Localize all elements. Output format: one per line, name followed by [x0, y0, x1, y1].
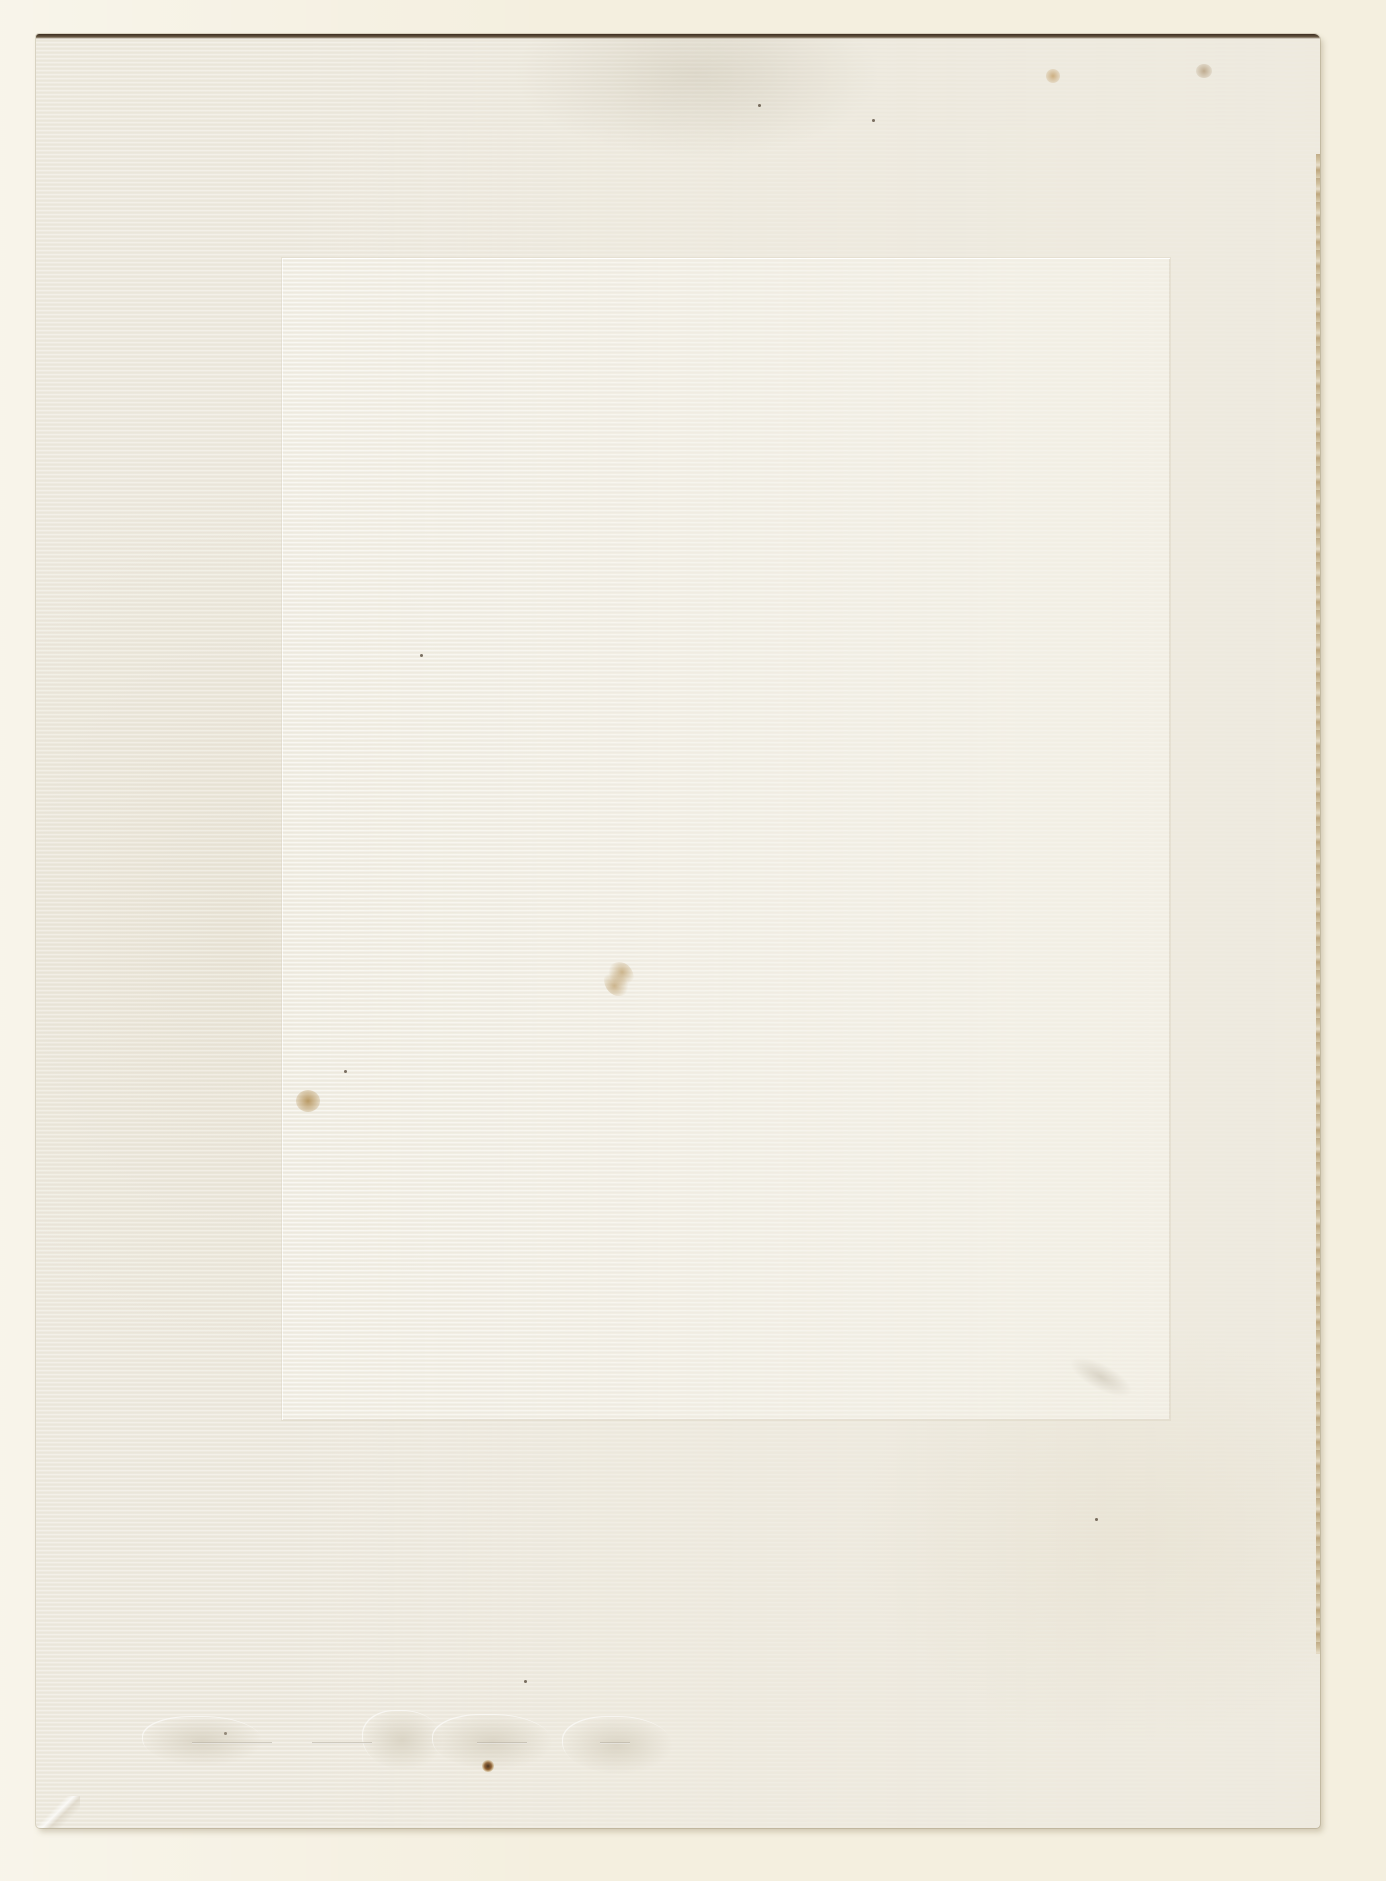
emboss-rule	[192, 1742, 272, 1744]
bent-corner-crease	[36, 1796, 80, 1828]
speck	[420, 654, 423, 657]
emboss-rule	[312, 1742, 372, 1744]
recessed-inner-panel	[282, 258, 1170, 1420]
foxed-right-edge	[1316, 154, 1320, 1654]
inner-panel-texture	[282, 258, 1170, 1420]
speck	[758, 104, 761, 107]
speck	[524, 1680, 527, 1683]
emboss-mark	[562, 1716, 672, 1774]
card-top-edge	[36, 34, 1320, 39]
speck	[344, 1070, 347, 1073]
emboss-rule	[477, 1742, 527, 1744]
photo-mount-card	[36, 34, 1320, 1828]
speck	[872, 119, 875, 122]
emboss-rule	[600, 1742, 630, 1744]
emboss-mark	[142, 1716, 262, 1766]
speck	[1095, 1518, 1098, 1521]
blind-emboss-stamp	[132, 1710, 692, 1780]
emboss-mark	[362, 1710, 442, 1770]
